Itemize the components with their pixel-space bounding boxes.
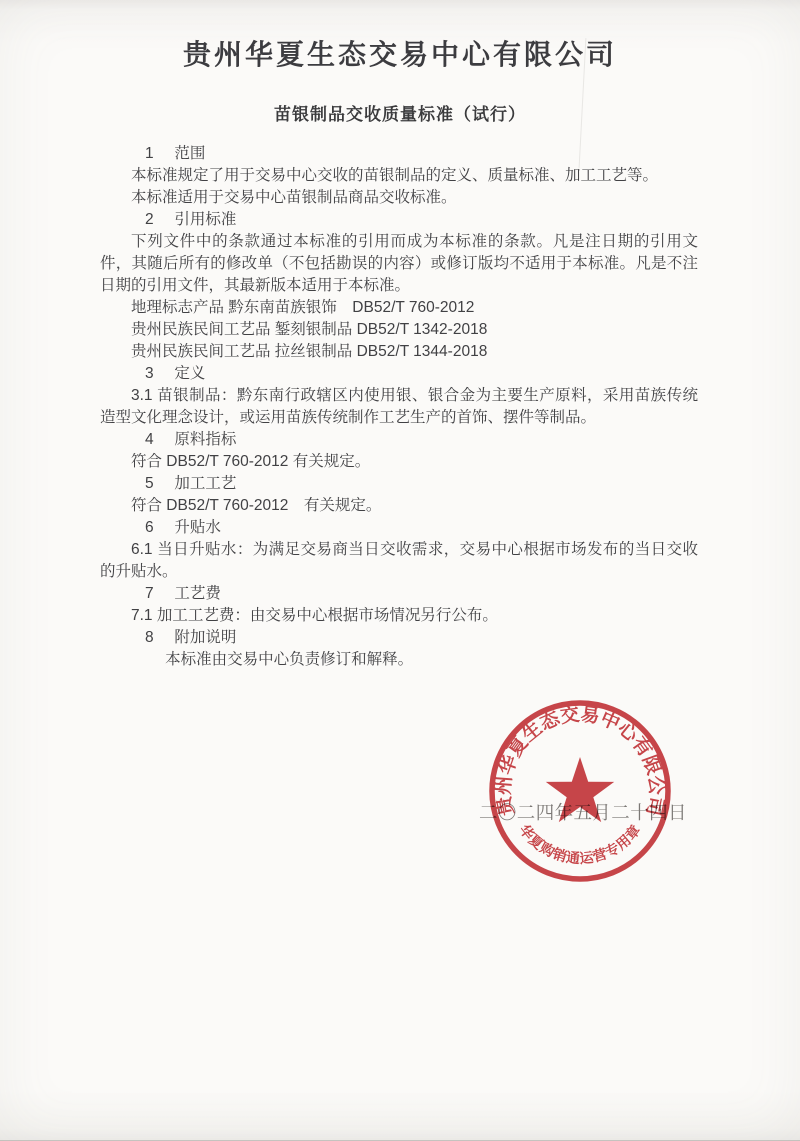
paragraph-text: 引用标准 (174, 211, 236, 228)
company-title: 贵州华夏生态交易中心有限公司 (0, 33, 800, 73)
paragraph: 5加工工艺 (100, 473, 698, 495)
paragraph-text: 原料指标 (174, 431, 236, 448)
paragraph-text: 本标准规定了用于交易中心交收的苗银制品的定义、质量标准、加工工艺等。 (131, 167, 658, 184)
paragraph: 本标准规定了用于交易中心交收的苗银制品的定义、质量标准、加工工艺等。 (100, 165, 698, 187)
paragraph: 下列文件中的条款通过本标准的引用而成为本标准的条款。凡是注日期的引用文件，其随后… (100, 231, 698, 297)
paragraph: 6升贴水 (100, 517, 698, 539)
paragraph-text: 升贴水 (174, 519, 221, 536)
paragraph-text: 下列文件中的条款通过本标准的引用而成为本标准的条款。凡是注日期的引用文件，其随后… (100, 233, 698, 294)
paragraph: 7工艺费 (100, 583, 698, 605)
paragraph-text: 附加说明 (174, 629, 236, 646)
section-number: 7 (145, 583, 174, 605)
paragraph: 3定义 (100, 363, 698, 385)
paragraph: 本标准由交易中心负责修订和解释。 (100, 649, 698, 671)
paragraph: 1范围 (100, 143, 698, 165)
document-body: 1范围本标准规定了用于交易中心交收的苗银制品的定义、质量标准、加工工艺等。本标准… (100, 143, 698, 671)
paragraph-text: 3.1 苗银制品：黔东南行政辖区内使用银、银合金为主要生产原料，采用苗族传统造型… (100, 387, 698, 426)
star-icon (546, 757, 614, 822)
seal-banner-text: 华夏购销通运营专用章 (516, 822, 643, 867)
paragraph-text: 定义 (174, 365, 205, 382)
paragraph: 6.1 当日升贴水：为满足交易商当日交收需求，交易中心根据市场发布的当日交收的升… (100, 539, 698, 583)
paragraph: 符合 DB52/T 760-2012 有关规定。 (100, 451, 698, 473)
section-number: 5 (145, 473, 174, 495)
paragraph: 7.1 加工工艺费：由交易中心根据市场情况另行公布。 (100, 605, 698, 627)
paragraph-text: 加工工艺 (174, 475, 236, 492)
section-number: 8 (145, 627, 174, 649)
document-title: 苗银制品交收质量标准（试行） (0, 100, 800, 125)
scanned-document-page: 贵州华夏生态交易中心有限公司 苗银制品交收质量标准（试行） 1范围本标准规定了用… (0, 0, 800, 1141)
section-number: 1 (145, 143, 174, 165)
paragraph: 8附加说明 (100, 627, 698, 649)
section-number: 2 (145, 209, 174, 231)
paragraph: 本标准适用于交易中心苗银制品商品交收标准。 (100, 187, 698, 209)
paragraph-text: 工艺费 (174, 585, 221, 602)
paragraph-text: 贵州民族民间工艺品 錾刻银制品 DB52/T 1342-2018 (131, 321, 487, 338)
paragraph: 3.1 苗银制品：黔东南行政辖区内使用银、银合金为主要生产原料，采用苗族传统造型… (100, 385, 698, 429)
seal-graphic: 贵州华夏生态交易中心有限公司 华夏购销通运营专用章 (478, 689, 682, 893)
paragraph-text: 范围 (174, 145, 205, 162)
section-number: 6 (145, 517, 174, 539)
paragraph: 贵州民族民间工艺品 拉丝银制品 DB52/T 1344-2018 (100, 341, 698, 363)
paragraph-text: 本标准由交易中心负责修订和解释。 (165, 651, 413, 668)
section-number: 4 (145, 429, 174, 451)
section-number: 3 (145, 363, 174, 385)
paragraph-text: 本标准适用于交易中心苗银制品商品交收标准。 (131, 189, 457, 206)
paragraph: 符合 DB52/T 760-2012 有关规定。 (100, 495, 698, 517)
paragraph: 地理标志产品 黔东南苗族银饰 DB52/T 760-2012 (100, 297, 698, 319)
paragraph: 2引用标准 (100, 209, 698, 231)
paragraph-text: 7.1 加工工艺费：由交易中心根据市场情况另行公布。 (131, 607, 498, 624)
paragraph-text: 地理标志产品 黔东南苗族银饰 DB52/T 760-2012 (131, 299, 474, 316)
paragraph-text: 贵州民族民间工艺品 拉丝银制品 DB52/T 1344-2018 (131, 343, 487, 360)
paragraph: 贵州民族民间工艺品 錾刻银制品 DB52/T 1342-2018 (100, 319, 698, 341)
paragraph-text: 符合 DB52/T 760-2012 有关规定。 (131, 497, 381, 514)
paragraph-text: 6.1 当日升贴水：为满足交易商当日交收需求，交易中心根据市场发布的当日交收的升… (100, 541, 698, 580)
paragraph-text: 符合 DB52/T 760-2012 有关规定。 (131, 453, 370, 470)
paragraph: 4原料指标 (100, 429, 698, 451)
company-seal: 贵州华夏生态交易中心有限公司 华夏购销通运营专用章 (478, 689, 682, 893)
